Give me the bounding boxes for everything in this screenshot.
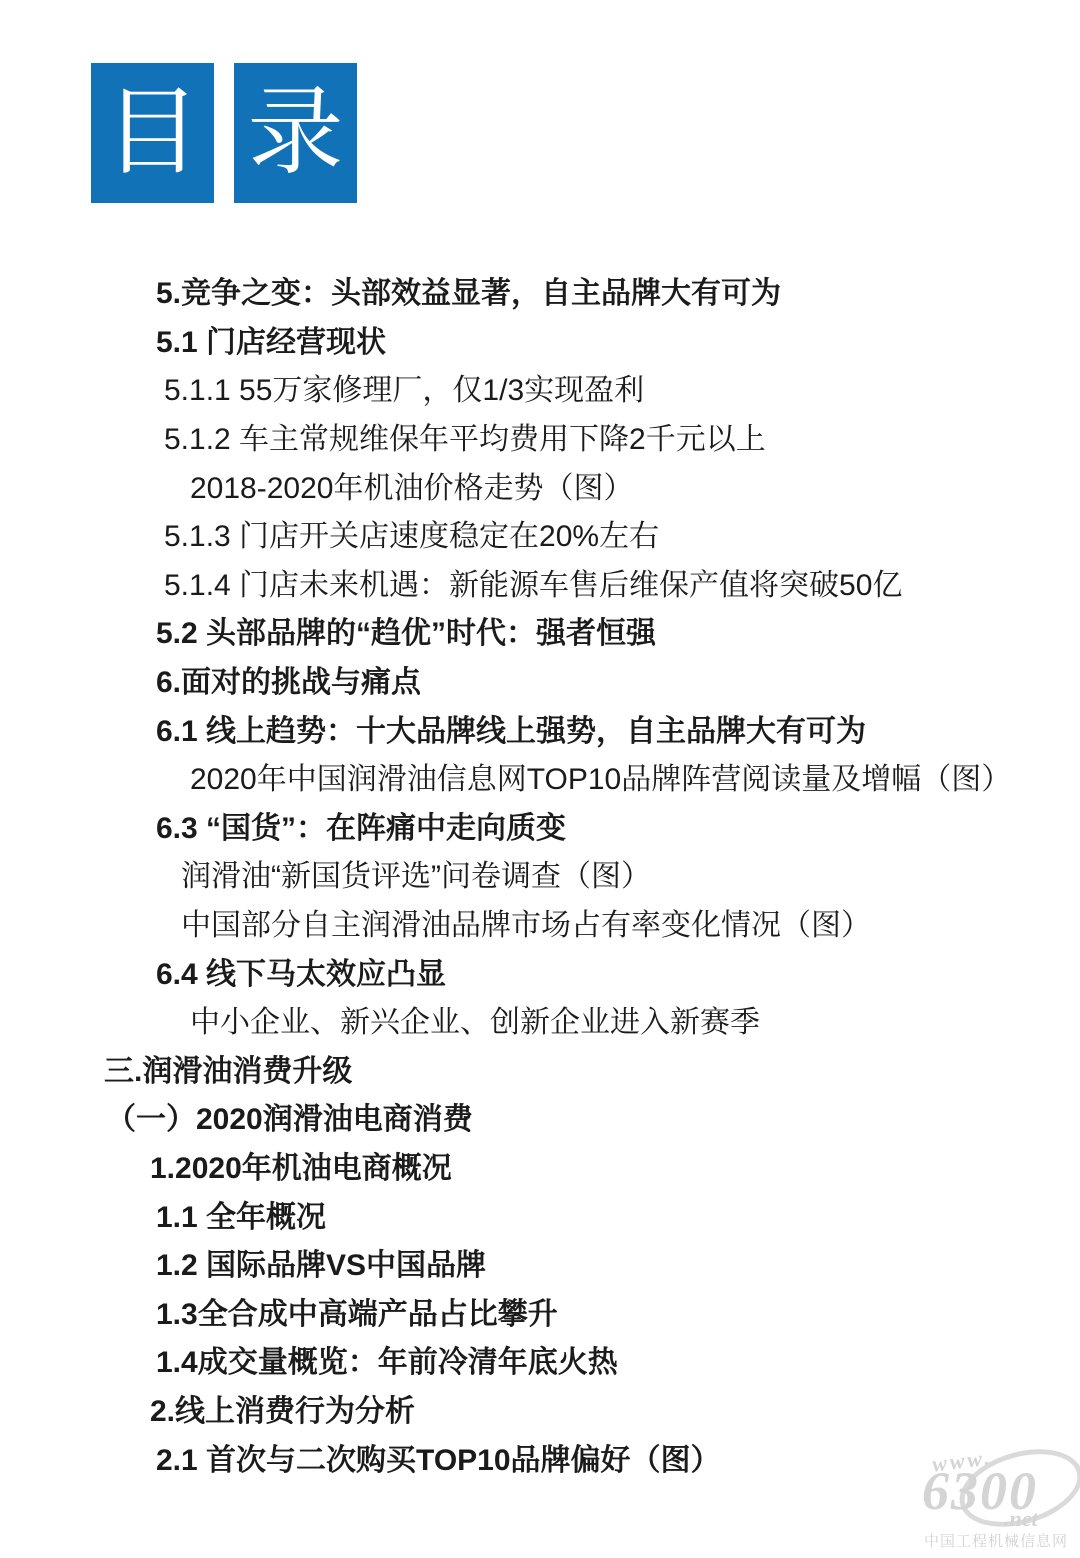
toc-item: 6.1 线上趋势：十大品牌线上强势，自主品牌大有可为 (0, 703, 1080, 752)
title-square-lu: 录 (234, 63, 357, 203)
toc-item: 5.1.3 门店开关店速度稳定在20%左右 (0, 509, 1080, 558)
toc-item: 5.1 门店经营现状 (0, 315, 1080, 364)
watermark-site-name: 中国工程机械信息网 (924, 1530, 1068, 1551)
toc-item: 5.1.4 门店未来机遇：新能源车售后维保产值将突破50亿 (0, 558, 1080, 607)
toc-item: 1.1 全年概况 (0, 1189, 1080, 1238)
toc-item: 5.1.1 55万家修理厂，仅1/3实现盈利 (0, 363, 1080, 412)
toc-item: 1.4成交量概览：年前冷清年底火热 (0, 1335, 1080, 1384)
toc-item: 2.1 首次与二次购买TOP10品牌偏好（图） (0, 1432, 1080, 1481)
toc-page: 目 录 5.竞争之变：头部效益显著，自主品牌大有可为 5.1 门店经营现状 5.… (0, 0, 1080, 1558)
toc-item-figure: 中国部分自主润滑油品牌市场占有率变化情况（图） (0, 898, 1080, 947)
toc-item: 1.2020年机油电商概况 (0, 1141, 1080, 1190)
toc-item-figure: 润滑油“新国货评选”问卷调查（图） (0, 849, 1080, 898)
toc-item-subsection: （一）2020润滑油电商消费 (0, 1092, 1080, 1141)
toc-item: 5.1.2 车主常规维保年平均费用下降2千元以上 (0, 412, 1080, 461)
toc-item-section: 三.润滑油消费升级 (0, 1044, 1080, 1093)
toc-item: 中小企业、新兴企业、创新企业进入新赛季 (0, 995, 1080, 1044)
toc-item: 1.3全合成中高端产品占比攀升 (0, 1286, 1080, 1335)
toc-item-figure: 2018-2020年机油价格走势（图） (0, 460, 1080, 509)
toc-item: 2.线上消费行为分析 (0, 1384, 1080, 1433)
watermark-net-text: .net (1004, 1506, 1038, 1532)
toc-list: 5.竞争之变：头部效益显著，自主品牌大有可为 5.1 门店经营现状 5.1.1 … (0, 266, 1080, 1481)
toc-item: 6.3 “国货”：在阵痛中走向质变 (0, 801, 1080, 850)
toc-item: 6.4 线下马太效应凸显 (0, 946, 1080, 995)
toc-item-figure: 2020年中国润滑油信息网TOP10品牌阵营阅读量及增幅（图） (0, 752, 1080, 801)
title-square-mu: 目 (91, 63, 214, 203)
toc-item: 6.面对的挑战与痛点 (0, 655, 1080, 704)
toc-item: 5.竞争之变：头部效益显著，自主品牌大有可为 (0, 266, 1080, 315)
toc-item: 1.2 国际品牌VS中国品牌 (0, 1238, 1080, 1287)
toc-item: 5.2 头部品牌的“趋优”时代：强者恒强 (0, 606, 1080, 655)
